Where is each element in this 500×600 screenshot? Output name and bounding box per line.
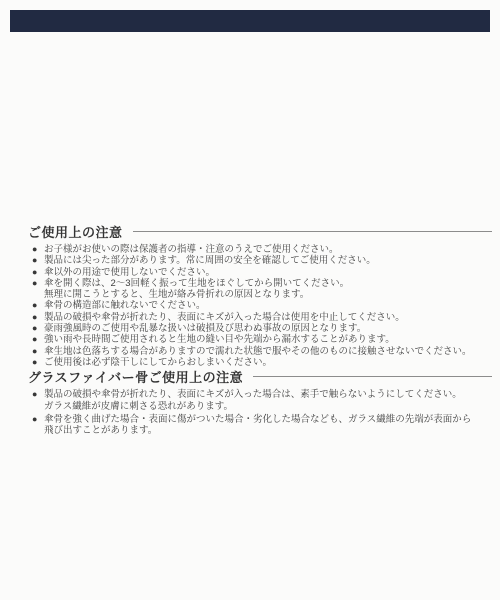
notice-item: ●傘骨を強く曲げた場合・表面に傷がついた場合・劣化した場合なども、ガラス繊維の先… [28,414,492,437]
notice-line: ●傘生地は色落ちする場合がありますので濡れた状態で服やその他のものに接触させない… [28,346,492,357]
notice-item: ●傘を開く際は、2〜3回軽く振って生地をほぐしてから開いてください。無理に開こう… [28,278,492,301]
notice-list: ●製品の破損や傘骨が折れたり、表面にキズが入った場合は、素手で触らないようにして… [28,389,492,436]
content-area: ご使用上の注意 ●お子様がお使いの際は保護者の指導・注意のうえでご使用ください。… [28,223,492,436]
bullet-icon: ● [32,300,37,311]
notice-line: ●製品の破損や傘骨が折れたり、表面にキズが入った場合は、素手で触らないようにして… [28,389,492,400]
notice-line: ●製品には尖った部分があります。常に周囲の安全を確認してご使用ください。 [28,255,492,266]
heading-rule [253,376,492,377]
notice-line: 無理に開こうとすると、生地が絡み骨折れの原因となります。 [28,289,492,300]
section-heading-row: グラスファイバー骨ご使用上の注意 [28,368,492,384]
line-text: 傘骨の構造部に触れないでください。 [44,300,206,311]
notice-line: ●傘を開く際は、2〜3回軽く振って生地をほぐしてから開いてください。 [28,278,492,289]
notice-item: ●製品の破損や傘骨が折れたり、表面にキズが入った場合は使用を中止してください。 [28,312,492,323]
section-title: ご使用上の注意 [28,222,123,241]
notice-item: ●製品には尖った部分があります。常に周囲の安全を確認してご使用ください。 [28,255,492,266]
care-instructions-page: ご使用上の注意 ●お子様がお使いの際は保護者の指導・注意のうえでご使用ください。… [0,0,500,600]
line-text: 製品には尖った部分があります。常に周囲の安全を確認してご使用ください。 [44,255,376,266]
line-text: 製品の破損や傘骨が折れたり、表面にキズが入った場合は、素手で触らないようにしてく… [44,389,462,400]
notice-line: ●お子様がお使いの際は保護者の指導・注意のうえでご使用ください。 [28,244,492,255]
notice-item: ●強い雨や長時間ご使用されると生地の縫い目や先端から漏水することがあります。 [28,334,492,345]
notice-list: ●お子様がお使いの際は保護者の指導・注意のうえでご使用ください。●製品には尖った… [28,244,492,368]
heading-rule [133,231,492,232]
notice-line: ●傘骨を強く曲げた場合・表面に傷がついた場合・劣化した場合なども、ガラス繊維の先… [28,414,492,425]
line-text: 豪雨強風時のご使用や乱暴な扱いは破損及び思わぬ事故の原因となります。 [44,323,366,334]
bullet-icon: ● [32,323,37,334]
bullet-icon: ● [32,278,37,289]
section-glassfiber-notes: グラスファイバー骨ご使用上の注意 ●製品の破損や傘骨が折れたり、表面にキズが入っ… [28,368,492,436]
notice-line: ガラス繊維が皮膚に刺さる恐れがあります。 [28,401,492,412]
bullet-icon: ● [32,389,37,400]
line-text: 傘骨を強く曲げた場合・表面に傷がついた場合・劣化した場合なども、ガラス繊維の先端… [44,414,471,425]
bullet-icon: ● [32,312,37,323]
line-text: お子様がお使いの際は保護者の指導・注意のうえでご使用ください。 [44,244,339,255]
bullet-icon: ● [32,244,37,255]
bullet-icon: ● [32,357,37,368]
notice-line: ●製品の破損や傘骨が折れたり、表面にキズが入った場合は使用を中止してください。 [28,312,492,323]
line-text: ガラス繊維が皮膚に刺さる恐れがあります。 [44,401,233,412]
section-heading-row: ご使用上の注意 [28,223,492,239]
section-title: グラスファイバー骨ご使用上の注意 [28,367,243,386]
line-text: 無理に開こうとすると、生地が絡み骨折れの原因となります。 [44,289,309,300]
notice-item: ●傘以外の用途で使用しないでください。 [28,267,492,278]
notice-item: ●傘生地は色落ちする場合がありますので濡れた状態で服やその他のものに接触させない… [28,346,492,357]
line-text: 傘を開く際は、2〜3回軽く振って生地をほぐしてから開いてください。 [44,278,349,289]
notice-item: ●豪雨強風時のご使用や乱暴な扱いは破損及び思わぬ事故の原因となります。 [28,323,492,334]
notice-item: ●傘骨の構造部に触れないでください。 [28,300,492,311]
section-usage-notes: ご使用上の注意 ●お子様がお使いの際は保護者の指導・注意のうえでご使用ください。… [28,223,492,368]
bullet-icon: ● [32,414,37,425]
notice-line: ●ご使用後は必ず陰干しにしてからおしまいください。 [28,357,492,368]
bullet-icon: ● [32,334,37,345]
notice-line: ●傘骨の構造部に触れないでください。 [28,300,492,311]
notice-line: ●傘以外の用途で使用しないでください。 [28,267,492,278]
line-text: 傘以外の用途で使用しないでください。 [44,267,215,278]
bullet-icon: ● [32,346,37,357]
bullet-icon: ● [32,267,37,278]
bullet-icon: ● [32,255,37,266]
notice-item: ●ご使用後は必ず陰干しにしてからおしまいください。 [28,357,492,368]
notice-line: 飛び出すことがあります。 [28,425,492,436]
notice-line: ●豪雨強風時のご使用や乱暴な扱いは破損及び思わぬ事故の原因となります。 [28,323,492,334]
line-text: ご使用後は必ず陰干しにしてからおしまいください。 [44,357,272,368]
top-navy-bar [10,10,490,32]
line-text: 飛び出すことがあります。 [44,425,157,436]
notice-line: ●強い雨や長時間ご使用されると生地の縫い目や先端から漏水することがあります。 [28,334,492,345]
line-text: 傘生地は色落ちする場合がありますので濡れた状態で服やその他のものに接触させないで… [44,346,472,357]
notice-item: ●お子様がお使いの際は保護者の指導・注意のうえでご使用ください。 [28,244,492,255]
notice-item: ●製品の破損や傘骨が折れたり、表面にキズが入った場合は、素手で触らないようにして… [28,389,492,412]
line-text: 製品の破損や傘骨が折れたり、表面にキズが入った場合は使用を中止してください。 [44,312,405,323]
line-text: 強い雨や長時間ご使用されると生地の縫い目や先端から漏水することがあります。 [44,334,395,345]
